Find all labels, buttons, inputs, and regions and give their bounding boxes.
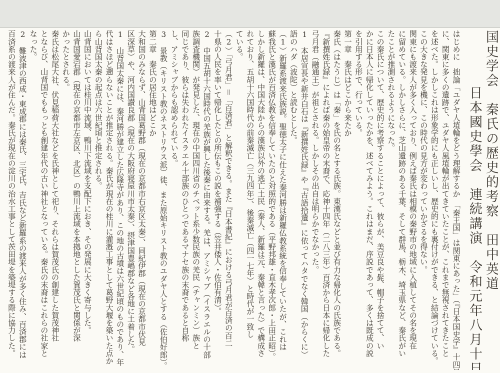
- text-column-19: しかし新羅は、中国大陸からの漢族以外の逃亡土民（秦人、新羅は元、秦韓と言った）で…: [255, 30, 266, 370]
- text-column-4: この大きな発見を機に、この時代の見方が変わっていかざるを得ない。: [418, 30, 429, 370]
- text-column-14: 弓月君（融通王）が祖とされる。しかしその出自は明らかでなかった。: [309, 30, 320, 370]
- text-column-33: 代はさほど遡らないことが推定される。秦氏が現在の桂川に灌漑工事として葛野大堰を築…: [103, 30, 114, 370]
- text-column-1: はじめに 拙論「ユダヤ人埴輪をどう理解するか 「秦王国」は関東にあった」（『日本…: [450, 30, 461, 370]
- text-column-17: （1）新羅系渡来氏族説。聖徳太子に仕えた秦河勝は新羅仏教系統を信奉していたが、こ…: [277, 30, 288, 370]
- text-column-30: 大和国のみならず、山背国葛野郡（現在の京都市右京区太秦）、同紀伊郡（現在の京都市…: [136, 30, 147, 370]
- text-column-15: 1 本居宣長や新井白石は『新撰姓氏録』や『古語拾遺』に依ってハタでなく韓国（から…: [298, 30, 309, 370]
- text-column-29: 第二章 秦氏の居住地はどこか: [147, 30, 158, 370]
- text-column-22: （2）「弓月君」＝「百済君」と解釈できる。また『日本書紀』における弓月君が百済の…: [222, 30, 233, 370]
- text-column-20: れており、五胡十六国時代の前秦滅亡（三九四年）、後秦滅亡（四一七年）と時代が一致…: [244, 30, 255, 370]
- text-column-2: に、関東に多くの遺跡で、ユダヤ人風埴輪が出てきていたことが、これまで無視されてき…: [439, 30, 450, 370]
- scan-top-margin: [0, 0, 500, 28]
- text-column-26: 同じであり、彼らは失われたイスラエル十部族のひとつであるマナセ族の末裔であると自…: [179, 30, 190, 370]
- text-column-11: 第一章 秦氏はどこから来たか: [342, 30, 353, 370]
- text-column-23: 十県の人民を率いて帰化したとの所伝もこの説を補強する（笠井倭人・佐伯有清）。: [212, 30, 223, 370]
- text-column-13: 『新撰姓氏録』によれば秦の始皇帝の末裔で、応神十四年（二八三年）百済から日本に帰…: [320, 30, 331, 370]
- text-column-39: とならび、山背国でももっとも創建年代の古い神社となっている。秦氏の末裔はこれらの…: [38, 30, 49, 370]
- text-column-28: 3 景教（キリスト教のネストリウス派）徒、また原始キリスト教のユダヤ人とする（佐…: [157, 30, 168, 370]
- text-column-5: 関東にも渡来人が多く入っており、例えば秦氏は相模の秦野市の地域に入植してその名を…: [407, 30, 418, 370]
- text-column-42: 百済系の渡来人が住んだ。秦氏が現在の淀川の治水工事として茨田堤を築堤する際に協力…: [6, 30, 17, 370]
- text-column-34: ら山背国太秦の起点は六世紀頃と推定される。: [92, 30, 103, 370]
- text-column-24: 2 中国五胡十六国時代の羌族が興した後秦に由来する。羌は、アミシャブ（イスラエル…: [201, 30, 212, 370]
- text-column-35: 山背国においては桂川中流域、鴨川下流域を支配下におき、その発展に大きく寄与した。: [81, 30, 92, 370]
- text-column-41: 2 難波津の西成・東成郡には秦氏、三宅氏、吉氏など新羅系の渡来人が多く住み、百済…: [16, 30, 27, 370]
- text-column-8: この秦氏について、歴史的に考察することによって、彼らが、美豆良や髭、帽子を捨てて…: [374, 30, 385, 370]
- text-column-18: 蘇我氏と漢氏が百済仏教を信奉していたのと対照的である（平野邦雄・直木孝次郎・上田…: [266, 30, 277, 370]
- text-column-10: を引用する形で、行っている。: [353, 30, 364, 370]
- text-column-31: 区深草）や、河内国讃良郡（現在の大阪府寝屋川市太秦）、摂津国豊嶋郡など各地に土着…: [125, 30, 136, 370]
- text-column-36: 山背国愛宕郡（現在の京都市左京区、北区）の鴨川上流域を本拠地とした賀茂氏と関係が…: [71, 30, 82, 370]
- text-column-27: し、アミシャブからも認められている。: [168, 30, 179, 370]
- document-subtitle: 日本國史學会 連続講演 令和元年八月十日: [465, 30, 482, 370]
- text-column-7: たことが推測されるようになった。: [385, 30, 396, 370]
- document-title: 国史学会 秦氏の歴史的考察 田中英道: [482, 30, 499, 370]
- document-page: 国史学会 秦氏の歴史的考察 田中英道 日本國史學会 連続講演 令和元年八月十日 …: [0, 0, 500, 373]
- text-column-3: を述べた。しかしこれは形象学的にも正しいし、歴史的にも裏付けができる、と結論づけ…: [428, 30, 439, 370]
- text-column-12: 秦氏（はたうじ）は「秦」を氏の名とする氏族。東漢氏などと並び有力な帰化人の氏族で…: [331, 30, 342, 370]
- text-column-9: かに日本人に帰化していったかを、述べてみよう。これはまだ、序説であって、多くは既…: [363, 30, 374, 370]
- text-column-37: かったとされる。: [60, 30, 71, 370]
- text-column-16: 語のハダ（波陀）と読むとした。: [288, 30, 299, 370]
- text-column-6: に留めている。しかしさらに、芝山遺跡のある千葉、そして群馬、栃木、埼玉県など、秦…: [396, 30, 407, 370]
- text-column-38: 秦氏は松尾大社、伏見稲荷大社などを氏神として祀り、それらは賀茂氏の創建した賀茂神…: [49, 30, 60, 370]
- text-column-21: ている。: [233, 30, 244, 370]
- text-column-40: なった。: [27, 30, 38, 370]
- text-column-25: 族調査機関）が発見した、現在の中国四川省のチベット系少数民族の羌民（チャンミン）…: [190, 30, 201, 370]
- document-content: 国史学会 秦氏の歴史的考察 田中英道 日本國史學会 連続講演 令和元年八月十日 …: [2, 30, 498, 370]
- text-column-32: 1 山背国太秦には、秦河勝が建立した広隆寺があり、この地の古墳は六世紀頃のもので…: [114, 30, 125, 370]
- title-block: 国史学会 秦氏の歴史的考察 田中英道 日本國史學会 連続講演 令和元年八月十日: [465, 30, 498, 370]
- text-columns: はじめに 拙論「ユダヤ人埴輪をどう理解するか 「秦王国」は関東にあった」（『日本…: [6, 30, 461, 370]
